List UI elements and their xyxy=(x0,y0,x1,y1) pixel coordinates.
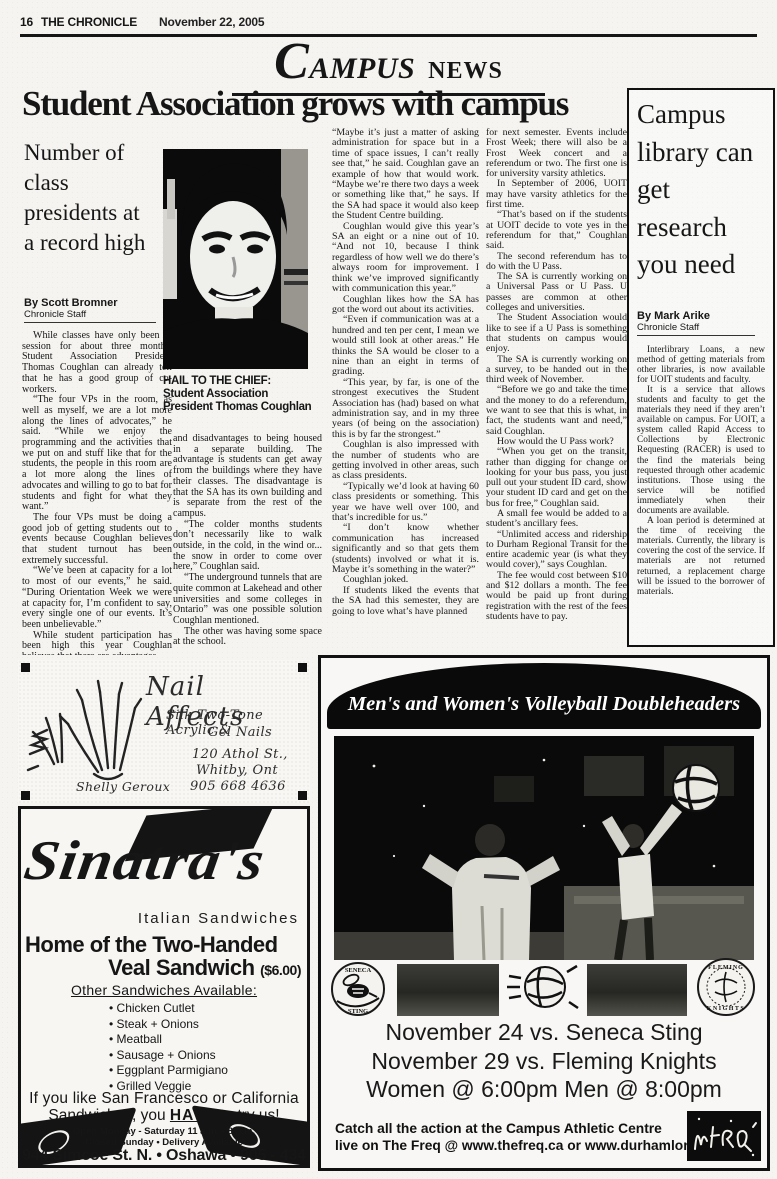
article-paragraph: “The underground tunnels that are quite … xyxy=(173,573,322,627)
byline-block: By Scott Bromner Chronicle Staff xyxy=(24,297,156,323)
fleming-logo-text-top: FLEMING xyxy=(708,965,744,971)
veal-sandwich-text: Veal Sandwich xyxy=(108,955,254,980)
article-paragraph: While classes have only been in session … xyxy=(22,331,172,395)
article-paragraph: Coughlan would give this year’s SA an ei… xyxy=(332,222,479,295)
freq-logo xyxy=(687,1111,761,1161)
volleyball-icon xyxy=(507,958,579,1016)
photo-caption-text: Student Association President Thomas Cou… xyxy=(163,388,311,413)
article-paragraph: “The four VPs in the room, as well as my… xyxy=(22,395,172,513)
sinatras-address: 944 Simcoe St. N. • Oshawa • 905 - 434 -… xyxy=(21,1147,307,1168)
article-paragraph: “That’s based on if the students at UOIT… xyxy=(486,210,627,251)
article-paragraph: While student participation has been hig… xyxy=(22,631,172,655)
article-paragraph: “I don’t know whether communication has … xyxy=(332,523,479,575)
byline-author: By Scott Bromner xyxy=(24,297,156,309)
article-paragraph: “When you get on the transit, rather tha… xyxy=(486,447,627,509)
manicured-hands-icon xyxy=(24,670,154,786)
corner-square-icon xyxy=(298,663,307,672)
photo-fragment xyxy=(587,964,687,1016)
nail-ad-service-line-2: Gel Nails xyxy=(208,725,272,740)
seneca-sting-logo: SENECA STING xyxy=(329,960,387,1018)
article-column-3: “Maybe it’s just a matter of asking admi… xyxy=(332,128,479,646)
menu-list: Chicken CutletSteak + OnionsMeatballSaus… xyxy=(109,1001,228,1094)
main-headline: Student Association grows with campus xyxy=(22,84,568,124)
section-title-news: News xyxy=(428,58,503,85)
game-times: Women @ 6:00pm Men @ 8:00pm xyxy=(321,1075,767,1104)
library-byline-block: By Mark Arike Chronicle Staff xyxy=(637,310,765,336)
price-text: ($6.00) xyxy=(260,962,301,978)
volleyball-banner-title: Men's and Women's Volleyball Doubleheade… xyxy=(327,693,761,716)
article-paragraph: “Maybe it’s just a matter of asking admi… xyxy=(332,128,479,222)
volleyball-footer: Catch all the action at the Campus Athle… xyxy=(335,1120,737,1154)
sinatras-headline-2: Veal Sandwich ($6.00) xyxy=(108,955,301,981)
volleyball-banner: Men's and Women's Volleyball Doubleheade… xyxy=(327,663,761,729)
menu-item: Chicken Cutlet xyxy=(109,1001,228,1017)
sinatras-ad: Sinatra's Italian Sandwiches Home of the… xyxy=(18,806,310,1168)
article-paragraph: If students liked the events that the SA… xyxy=(332,586,479,617)
nail-affects-ad: Nail Affects Silk Two-Tone Acrylic & Gel… xyxy=(18,660,310,803)
nail-ad-address-1: 120 Athol St., xyxy=(192,747,288,762)
article-paragraph: “The colder months students don’t necess… xyxy=(173,520,322,574)
fleming-knights-logo: FLEMING KNIGHTS xyxy=(695,956,757,1018)
pitch-line-1: If you like San Francesco or California xyxy=(21,1090,307,1108)
article-paragraph: The fee would cost between $10 and $12 d… xyxy=(486,571,627,622)
article-paragraph: The second referendum has to do with the… xyxy=(486,252,627,273)
subheadline: Number of class presidents at a record h… xyxy=(24,138,152,258)
article-paragraph: Interlibrary Loans, a new method of gett… xyxy=(637,345,765,385)
photo-fragment xyxy=(397,964,499,1016)
article-paragraph: The four VPs must be doing a good job of… xyxy=(22,513,172,567)
sinatras-tagline: Italian Sandwiches xyxy=(138,910,299,927)
article-paragraph: and disadvantages to being housed in a s… xyxy=(173,434,322,520)
volleyball-action-photo xyxy=(334,736,754,960)
game-1: November 24 vs. Seneca Sting xyxy=(321,1018,767,1047)
article-column-2: and disadvantages to being housed in a s… xyxy=(173,434,322,655)
article-paragraph: The SA is currently working on a survey,… xyxy=(486,355,627,386)
photo-caption: HAIL TO THE CHIEF: Student Association P… xyxy=(163,375,313,414)
article-column-1: While classes have only been in session … xyxy=(22,331,172,655)
footer-line-1: Catch all the action at the Campus Athle… xyxy=(335,1120,737,1137)
menu-item: Sausage + Onions xyxy=(109,1048,228,1064)
photo-caption-lead: HAIL TO THE CHIEF: xyxy=(163,375,271,387)
footer-line-2: live on The Freq @ www.thefreq.ca or www… xyxy=(335,1137,737,1154)
volleyball-ad: Men's and Women's Volleyball Doubleheade… xyxy=(318,655,770,1171)
corner-square-icon xyxy=(298,791,307,800)
fleming-logo-text-bottom: KNIGHTS xyxy=(707,1006,746,1012)
publication-name: THE CHRONICLE xyxy=(41,15,137,29)
seneca-logo-text-top: SENECA xyxy=(345,967,372,974)
article-paragraph: “Typically we’d look at having 60 class … xyxy=(332,482,479,524)
newspaper-page: 16THE CHRONICLENovember 22, 2005 Campus … xyxy=(0,0,777,1179)
article-paragraph: “Unlimited access and ridership to Durha… xyxy=(486,530,627,571)
nail-ad-phone: 905 668 4636 xyxy=(190,779,286,794)
library-byline-author: By Mark Arike xyxy=(637,310,765,322)
article-column-4: for next semester. Events include Frost … xyxy=(486,128,627,648)
sinatras-logo: Sinatra's xyxy=(20,829,310,893)
folio-line: 16THE CHRONICLENovember 22, 2005 xyxy=(20,15,264,29)
article-paragraph: “We’ve been at capacity for a lot to mos… xyxy=(22,566,172,630)
seneca-logo-text-bottom: STING xyxy=(348,1008,368,1015)
article-paragraph: “This year, by far, is one of the strong… xyxy=(332,378,479,440)
library-headline: Campus library can get research you need xyxy=(637,96,765,284)
game-schedule: November 24 vs. Seneca Sting November 29… xyxy=(321,1018,767,1104)
byline-organization: Chronicle Staff xyxy=(24,309,156,323)
article-paragraph: for next semester. Events include Frost … xyxy=(486,128,627,179)
article-paragraph: Coughlan likes how the SA has got the wo… xyxy=(332,295,479,316)
library-article-box: Campus library can get research you need… xyxy=(627,88,775,647)
portrait-photo xyxy=(163,149,308,369)
article-paragraph: The Student Association would like to se… xyxy=(486,313,627,354)
article-paragraph: “Even if communication was at a hundred … xyxy=(332,315,479,377)
menu-item: Steak + Onions xyxy=(109,1017,228,1033)
article-paragraph: It is a service that allows students and… xyxy=(637,385,765,516)
issue-date: November 22, 2005 xyxy=(159,15,264,29)
library-article-body: Interlibrary Loans, a new method of gett… xyxy=(637,345,765,633)
portrait-photo-image xyxy=(163,149,308,369)
menu-header: Other Sandwiches Available: xyxy=(21,982,307,998)
menu-item: Meatball xyxy=(109,1032,228,1048)
article-paragraph: In September of 2006, UOIT may have vars… xyxy=(486,179,627,210)
header-rule xyxy=(20,34,757,37)
corner-square-icon xyxy=(21,791,30,800)
nail-ad-address-2: Whitby, Ont xyxy=(196,763,278,778)
article-paragraph: A loan period is determined at the time … xyxy=(637,516,765,597)
menu-item: Eggplant Parmigiano xyxy=(109,1063,228,1079)
library-byline-organization: Chronicle Staff xyxy=(637,322,755,336)
article-paragraph: Coughlan is also impressed with the numb… xyxy=(332,440,479,482)
article-paragraph: The other was having some space at the s… xyxy=(173,627,322,648)
article-paragraph: “Before we go and take the time and the … xyxy=(486,385,627,436)
nail-ad-owner: Shelly Geroux xyxy=(76,779,170,794)
hours-line-1: Open Monday - Saturday 11 a.m. - 8 p.m. xyxy=(21,1126,307,1137)
page-number: 16 xyxy=(20,15,33,29)
article-paragraph: A small fee would be added to a student’… xyxy=(486,509,627,530)
game-2: November 29 vs. Fleming Knights xyxy=(321,1047,767,1076)
article-paragraph: The SA is currently working on a Univers… xyxy=(486,272,627,313)
